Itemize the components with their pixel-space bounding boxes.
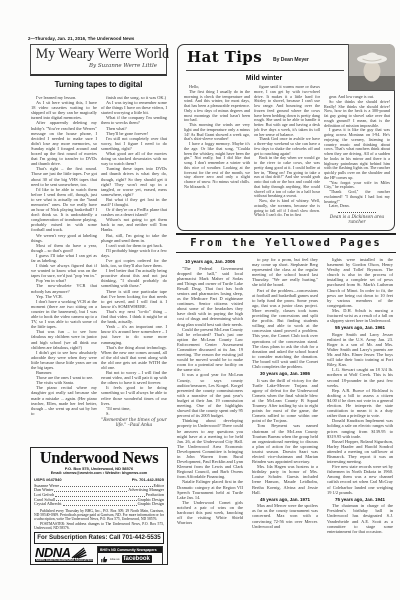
yellowed-column-1: 10 years ago, Jan. 2006"The Federal Gove… — [177, 257, 243, 557]
paragraph: Mrs. D.H. Schuh is nursing a fractured w… — [327, 308, 393, 323]
paragraph: Max and Mercer were the spoilers as far … — [252, 503, 318, 528]
weary-byline: By Suzanne Werre Little — [31, 63, 166, 70]
era-heading: 75 years ago, Jan. 1941 — [327, 497, 393, 503]
dot-leader — [63, 505, 137, 506]
hat-tips-byline: By Dean Meyer — [273, 57, 309, 63]
paragraph: Thank God once in awhile we have a three… — [254, 137, 320, 156]
paragraph: I don't have a working VCR at the moment… — [31, 299, 97, 330]
paragraph: This morning the winds are very light an… — [184, 123, 250, 142]
credit-divider — [338, 212, 376, 213]
columnist-photo — [348, 44, 395, 91]
ndna-logo: NDNA NORTH DAKOTA NEWSPAPER ASSOCIATION — [35, 546, 93, 563]
subscription-bar: For Subscription Rates: Call 701-442-553… — [34, 532, 164, 544]
paragraph: The Underwood Comet girls notched a pair… — [177, 500, 243, 525]
era-heading: 45 years ago, Jan. 1971 — [252, 497, 318, 503]
hat-tips-column-3-text: gear. And low range is out.So she thinks… — [324, 95, 390, 209]
yellowed-pages-banner: From the Yellowed Pages — [176, 233, 396, 253]
paragraph: Thinking about developing property in Un… — [177, 418, 243, 479]
paragraph: Could the present McLean County Jail be … — [177, 327, 243, 373]
paragraph: I didn't get to see how absolutely adora… — [31, 350, 97, 370]
paragraph: It was the thrill of victory for the Tur… — [252, 378, 318, 424]
paragraph: Wilson's not going to get them back to m… — [101, 217, 167, 232]
paragraph: "The Federal Government dropped the ball… — [177, 266, 243, 327]
paragraph: After apparently deleting my hubby's "Yo… — [31, 120, 97, 166]
paragraph: There is still one particular tape that … — [101, 289, 167, 309]
paragraph: Yeah – it's an important one. I know it'… — [101, 324, 167, 344]
facebook-logo: facebook — [122, 555, 152, 563]
newspaper-page: 2—Thursday, Jan. 21, 2016, The Underwood… — [0, 0, 400, 600]
paragraph: It feels good to be doing something so I… — [101, 385, 167, 405]
paragraph: Russel Hopper, Roland Sigurdson, Harley … — [327, 439, 393, 464]
paragraph: So she thinks she should drive! Really! … — [324, 100, 390, 129]
hat-tips-title: Hat Tips — [187, 48, 262, 66]
dot-leader — [56, 500, 137, 501]
paragraph: But, still, I'm going to take the plunge… — [101, 233, 167, 243]
masthead-title: Underwood News — [34, 450, 164, 465]
publisher-note: Published every Thursday by BHG, Inc., P… — [34, 509, 164, 521]
paragraph: That's right – the first round. Those ar… — [31, 166, 97, 186]
paragraph: Turning these tapes into DVDs and thumb … — [101, 166, 167, 197]
paragraph: I feel better that I'm actually being pr… — [101, 268, 167, 288]
paragraph: I'd like to be able to watch them before… — [31, 187, 97, 233]
era-heading: 55 years ago, Jan. 1961 — [327, 325, 393, 331]
postmaster-note: POSTMASTER: Send address changes to The … — [34, 522, 164, 530]
hat-tips-column-1: Hello,The first thing I usually do in th… — [184, 85, 250, 226]
paragraph: I'll probably binge watch for a few days… — [101, 248, 167, 258]
staff-list: Suzanne WerreEditor Dan WinterAdvertisin… — [34, 484, 164, 508]
ndna-wordmark: NDNA — [35, 547, 71, 559]
paragraph: We weren't very good at labeling things. — [31, 233, 97, 243]
hat-tips-column-3: gear. And low range is out.So she thinks… — [324, 95, 390, 226]
paragraph: Donald Knudtson Implement was holding a … — [327, 418, 393, 438]
paragraph: L.G. Stewart caught an 18 3/4 lb. northe… — [327, 367, 393, 387]
paragraph: The piano recital where my daughter got … — [31, 385, 97, 416]
staff-name: Crystal Albrecht — [34, 502, 62, 507]
paragraph: to pay for a prom, but feel they may com… — [252, 257, 318, 288]
paragraph: I guess it is like the guy that was goin… — [324, 128, 390, 180]
ndna-caption: NORTH DAKOTA NEWSPAPER ASSOCIATION — [35, 559, 93, 563]
paragraph: The first thing I usually do in the morn… — [184, 90, 250, 123]
paragraph: But what if they get lost in the mail? I… — [101, 197, 167, 207]
weary-column-2: finish out the song, so it was OK.)As I … — [101, 95, 167, 444]
page-folio: 2—Thursday, Jan. 21, 2016, The Underwood… — [28, 36, 134, 41]
paragraph: S. — [101, 411, 167, 416]
ndna-fan-icon — [71, 546, 87, 559]
paragraph: It was a good year for McLean County, so… — [177, 372, 243, 418]
yellowed-pages-title: From the Yellowed Pages — [176, 235, 396, 251]
paragraph: As I sit here writing this, I have 18 vi… — [31, 100, 97, 120]
yellowed-column-3: lights were installed in the basement by… — [327, 257, 393, 557]
like-us-label: Like us — [110, 558, 120, 561]
paragraph: The chairman in charge of the President'… — [327, 503, 393, 534]
weary-column-title: My Weary Werre World — [36, 46, 162, 63]
hat-tips-column-2: figure until it warms more or thaws more… — [254, 85, 320, 226]
era-heading: 10 years ago, Jan. 2006 — [177, 259, 243, 265]
publisher-notes: Published every Thursday by BHG, Inc., P… — [34, 509, 164, 530]
weary-werre-world-header: My Weary Werre World By Suzanne Werre Li… — [30, 44, 167, 76]
cowboy-hat-portrait-icon — [349, 44, 395, 90]
era-heading: 30 years ago, Jan. 1986 — [252, 371, 318, 377]
weary-headline: Turning tapes to digital — [30, 80, 167, 90]
paragraph: Part of the problem—concessions at footb… — [252, 288, 318, 370]
quote-line: "Remember the times of your life." –Paul… — [101, 418, 167, 428]
paragraph: Back in the day when we would go to the … — [254, 156, 320, 199]
paragraph: That's my next "to-do" thing – find that… — [101, 309, 167, 324]
paragraph: But not to worry – I will find the erran… — [101, 370, 167, 385]
paragraph: Natalie Eslinger placed first in the Dra… — [177, 479, 243, 499]
paragraph: Now, she is kind of whiney. Well, actual… — [254, 199, 320, 218]
dot-leader — [55, 496, 144, 497]
weary-column-1: I've learned my lesson.As I sit here wri… — [31, 95, 97, 444]
paragraph: Five new state records were set by fishe… — [327, 464, 393, 495]
paragraph: Mrs. Ida Hagen was hostess to a birthday… — [252, 464, 318, 495]
paragraph: I think we always figured that if we wan… — [31, 263, 97, 278]
paragraph: Most of them do have a year, though – so… — [31, 243, 97, 253]
paragraph: As I was trying to remember some of the … — [101, 100, 167, 115]
hat-tips-credit: Dean is a Dickinson area rancher — [324, 215, 390, 225]
hat-tips-headline: Mild winter — [178, 74, 350, 83]
thumbs-up-icon — [100, 555, 108, 563]
masthead-contact: Email: utnews@westriv.com • Website: bhg… — [34, 471, 164, 476]
masthead-section: Underwood News P.O. Box 575, Underwood, … — [30, 447, 168, 565]
masthead-phone: Ph. 701-442-5525 — [132, 477, 164, 483]
staff-row: Crystal AlbrechtGraphic Design — [34, 502, 164, 507]
paragraph: Tom Beyment was named chairman of the Mc… — [252, 423, 318, 464]
staff-role: Graphic Design — [138, 502, 164, 507]
paragraph: The now-obsolete VCR that nobody has any… — [31, 283, 97, 293]
paragraph: figure until it warms more or thaws more… — [254, 85, 320, 137]
paragraph: "Thank God," the rancher exclaimed! "I t… — [324, 190, 390, 204]
dot-leader — [54, 491, 127, 492]
paragraph: I have a foggy memory. Maybe it's the ag… — [184, 142, 250, 190]
paragraph: Roger Smith and Larry Jesser enlisted in… — [327, 332, 393, 368]
paragraph: That's the thing about technology. When … — [101, 345, 167, 370]
usps-number: USPS #647540 — [34, 477, 62, 483]
hat-tips-divider — [186, 70, 344, 71]
paragraph: I'm still not completely over that worry… — [101, 136, 167, 151]
paragraph: That was fun – to see how fabulous my ch… — [31, 329, 97, 349]
paragraph: What if the company I'm sending them to … — [101, 115, 167, 125]
paragraph: What good are all of the movies doing us… — [101, 151, 167, 166]
yellowed-column-2: to pay for a prom, but feel they may com… — [252, 257, 318, 557]
paragraph: lights were installed in the basement by… — [327, 257, 393, 308]
hat-tips-section: Hat Tips By Dean Meyer Mild winter Hello… — [177, 44, 395, 231]
paragraph: Rep. A.R. Burwe of Richland is drafting … — [327, 388, 393, 419]
paragraph: I guess I'll take what I can get as far … — [31, 253, 97, 263]
paragraph: Later, Dean. — [324, 204, 390, 209]
paragraph: I've got copies ordered for the kids, to… — [101, 258, 167, 268]
facebook-box: BHG's ND Community Newspapers Like us fa… — [97, 546, 163, 565]
paragraph: Or if they're on a FedEx plane that cras… — [101, 207, 167, 217]
